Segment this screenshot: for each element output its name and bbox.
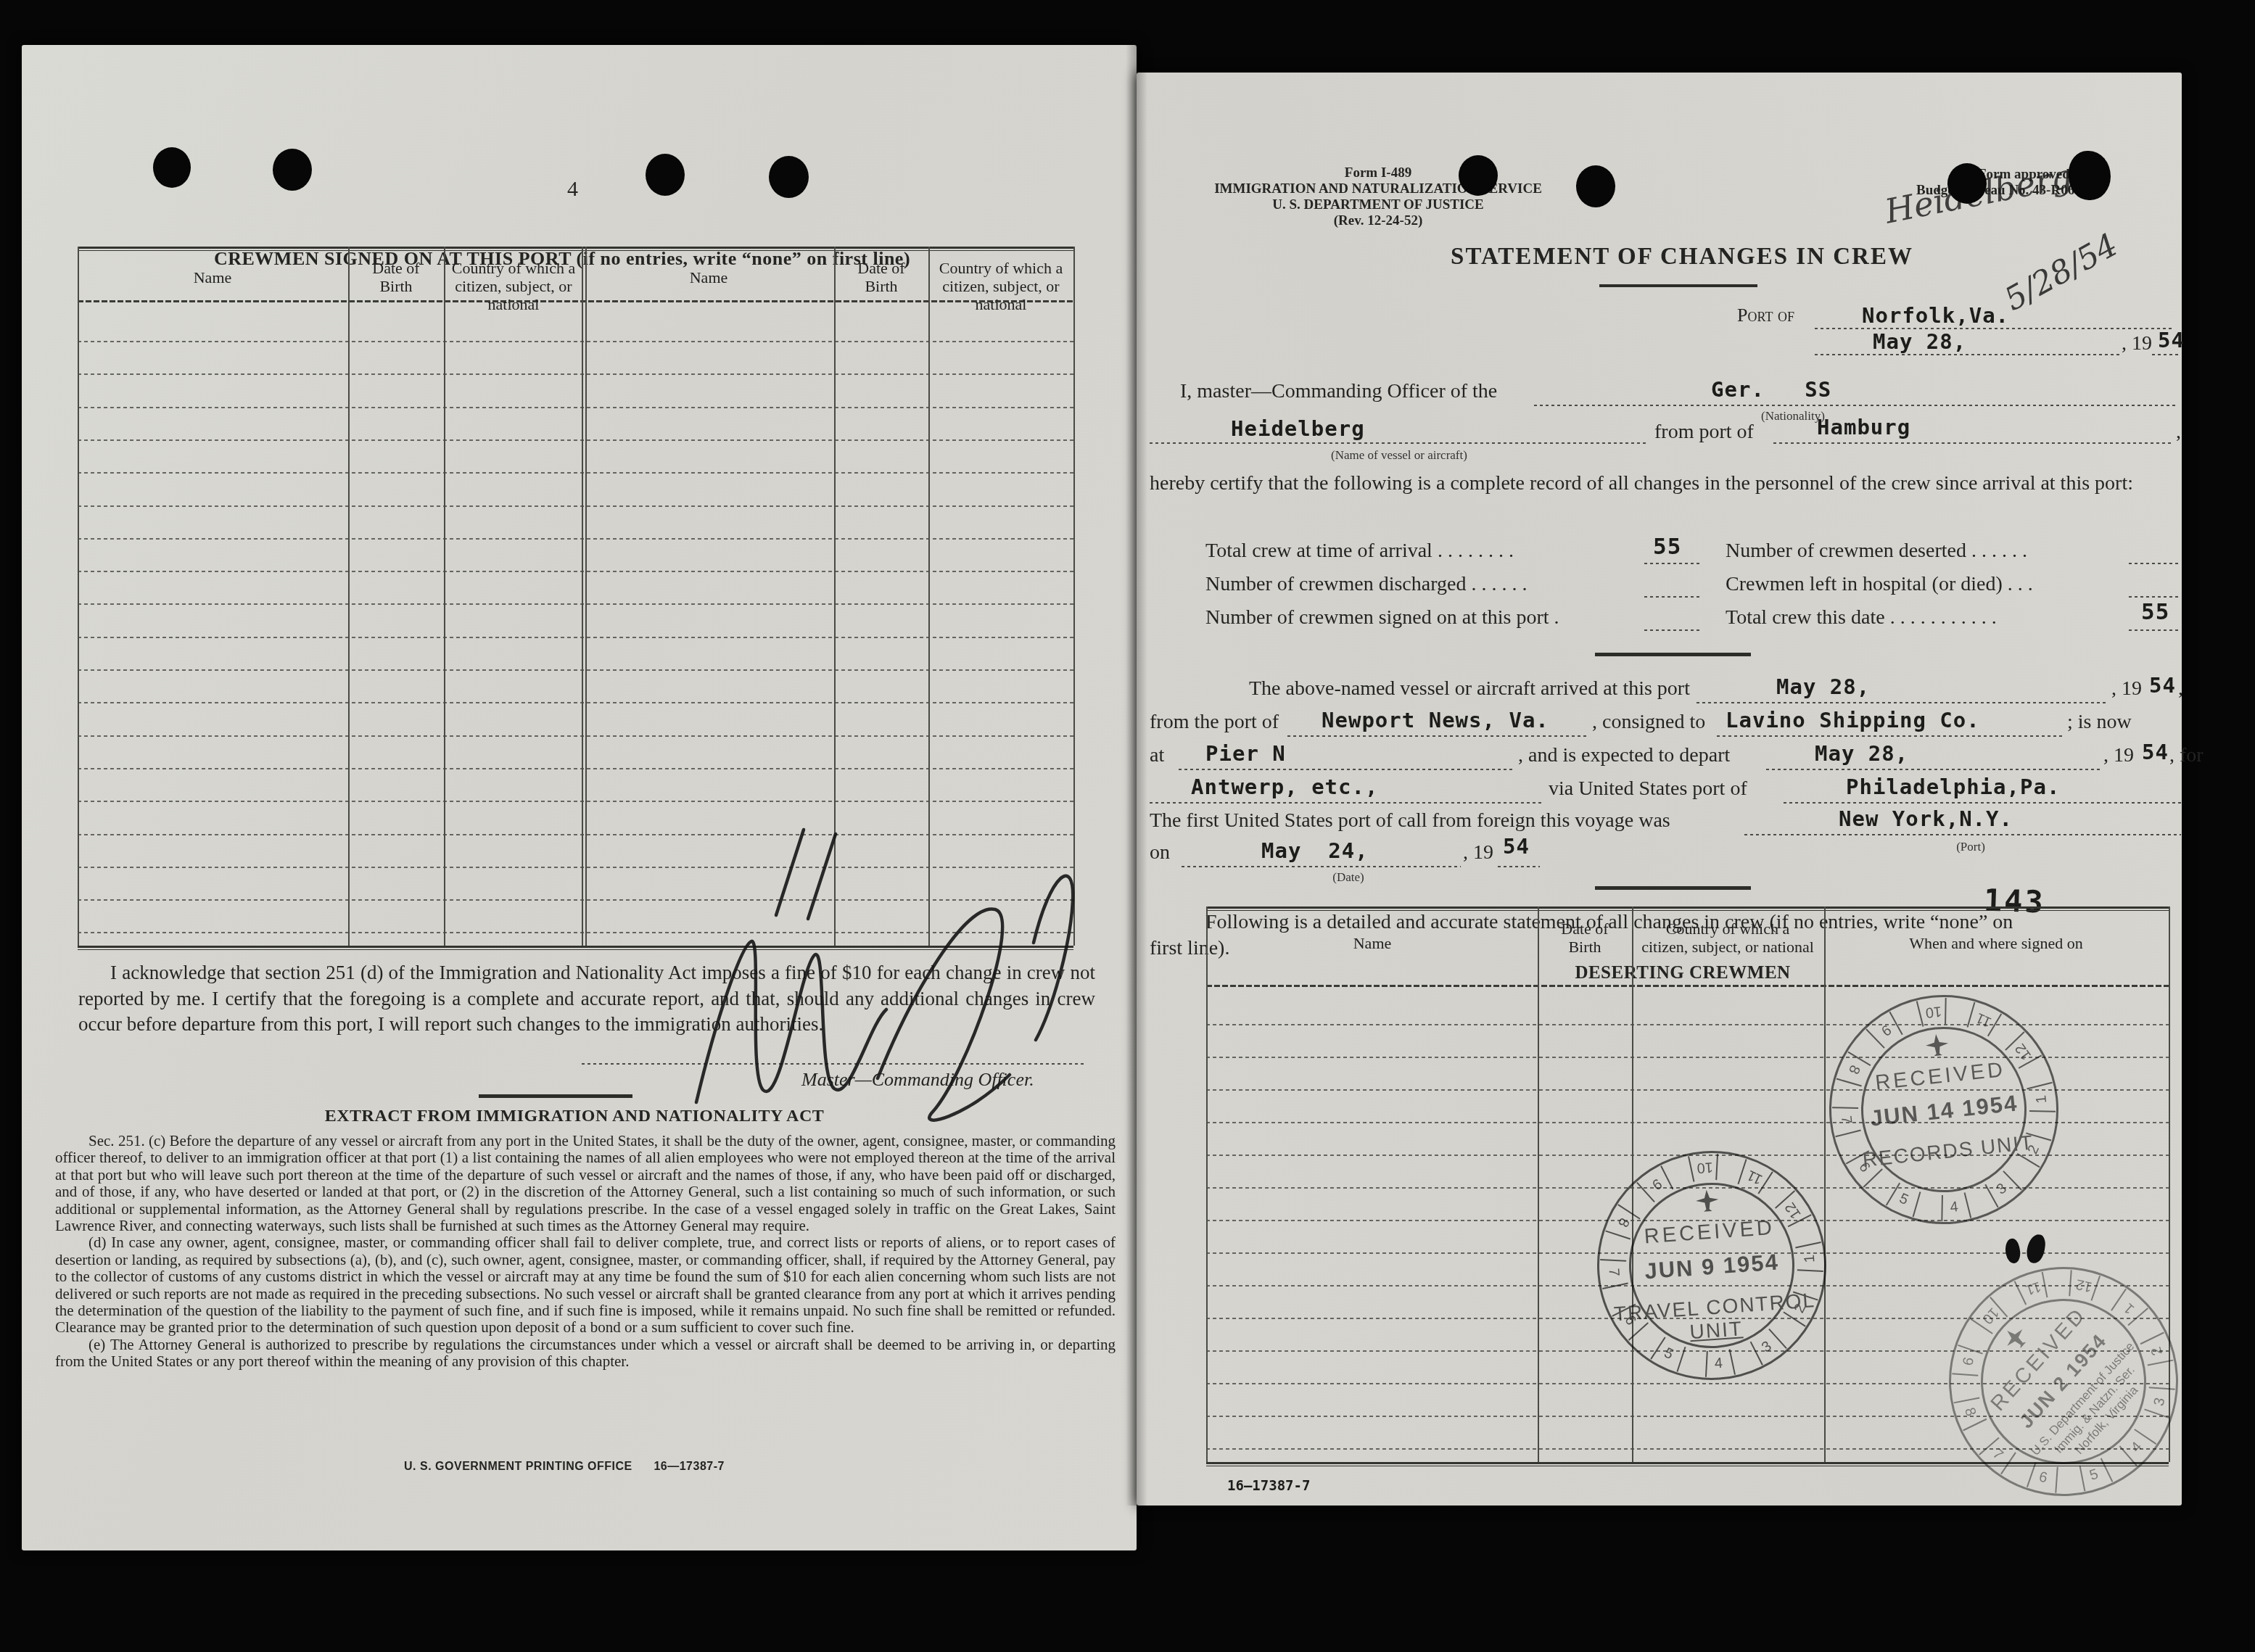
voyage-on-year-blank (1498, 866, 1540, 867)
signature-line (582, 1063, 1086, 1065)
table-column-rule (928, 247, 930, 946)
port-of-value: Norfolk,Va. (1862, 303, 2009, 328)
table-header-rule (1206, 985, 2169, 987)
header-year-prefix: , 19 (2122, 332, 2152, 355)
department-name: U. S. DEPARTMENT OF JUSTICE (1272, 197, 1483, 213)
received-stamp: 101112123456789RECEIVEDJUN 14 1954RECORD… (1818, 983, 2069, 1235)
voyage-on-date: May 24, (1261, 838, 1369, 863)
vessel-name-label: (Name of vessel or aircraft) (1331, 448, 1467, 463)
table-column-header: Country of which a citizen, subject, or … (447, 259, 581, 313)
signature-caption: Master—Commanding Officer. (801, 1069, 1034, 1091)
form-number: Form I-489 (1345, 165, 1411, 181)
table-column-rule (582, 247, 587, 946)
voyage-depart-year: 54 (2142, 740, 2169, 764)
stamp-dial-number: 7 (1604, 1268, 1622, 1277)
voyage-depart-blank (1766, 769, 2101, 770)
table-bottom-rule (78, 946, 1073, 950)
received-stamp: 101112123456789RECEIVEDJUN 2 1954U.S. De… (1902, 1220, 2225, 1543)
punch-hole (1576, 165, 1615, 207)
table-row (78, 407, 1073, 408)
extract-paragraph: (e) The Attorney General is authorized t… (55, 1337, 1116, 1371)
voyage-l5-printed: The first United States port of call fro… (1150, 809, 1670, 833)
stat-hospital-label: Crewmen left in hospital (or died) . . . (1726, 573, 2033, 596)
voyage-l2c-printed: ; is now (2067, 711, 2132, 734)
stat-total-blank (2129, 629, 2180, 631)
stamp-dial-number: 4 (1949, 1199, 1958, 1216)
table-row (1206, 1024, 2169, 1025)
table-row (78, 768, 1073, 769)
table-row (78, 669, 1073, 671)
voyage-l6-printed: on (1150, 841, 1170, 864)
officer-printed: I, master—Commanding Officer of the (1180, 380, 1497, 403)
punch-hole (1459, 155, 1498, 196)
punch-hole (153, 147, 191, 188)
header-year-line (2152, 354, 2181, 355)
section-divider (479, 1094, 632, 1098)
voyage-arrived-date: May 28, (1776, 674, 1870, 699)
table-column-header: Date of Birth (841, 259, 921, 295)
extract-heading: EXTRACT FROM IMMIGRATION AND NATIONALITY… (325, 1107, 825, 1126)
airplane-icon (1694, 1188, 1720, 1214)
stamp-dial-number: 10 (1697, 1158, 1714, 1176)
table-row (78, 439, 1073, 441)
voyage-firstport-value: New York,N.Y. (1839, 806, 2013, 831)
nationality-value: Ger. SS (1711, 377, 1831, 402)
voyage-l2b-printed: , consigned to (1592, 711, 1705, 734)
following-line2: first line). (1150, 937, 1229, 960)
port-of-label: Port of (1737, 305, 1794, 326)
voyage-arrived-blank (1697, 702, 2108, 703)
table-row (78, 932, 1073, 933)
voyage-fromport-value: Newport News, Va. (1322, 708, 1549, 732)
vessel-line-comma: , (2176, 421, 2181, 444)
table-column-rule (1824, 906, 1826, 1462)
stat-arrival-value: 55 (1653, 534, 1681, 560)
title-underline (1599, 284, 1757, 287)
handwritten-date: 5/28/54 (1998, 226, 2124, 318)
punch-hole (273, 149, 312, 191)
voyage-l6-year-prefix: , 19 (1463, 841, 1493, 864)
airplane-icon (1924, 1032, 1950, 1059)
table-border-right (1073, 247, 1075, 946)
stat-discharged-blank (1644, 596, 1702, 598)
table-column-header: Name (104, 268, 321, 286)
section-divider-2 (1595, 653, 1751, 656)
table-row (78, 702, 1073, 703)
extract-paragraphs: Sec. 251. (c) Before the departure of an… (55, 1133, 1116, 1371)
table-row (78, 801, 1073, 802)
extract-paragraph: (d) In case any owner, agent, consignee,… (55, 1234, 1116, 1336)
port-of-line (1815, 328, 2172, 329)
ink-mark (2003, 1237, 2023, 1264)
vessel-name-value: Heidelberg (1231, 416, 1365, 441)
port-caption: (Port) (1956, 840, 1985, 854)
section-divider-3 (1595, 886, 1751, 890)
table-column-rule (444, 247, 445, 946)
table-column-rule (348, 247, 350, 946)
table-row (78, 472, 1073, 474)
voyage-for-blank (1150, 802, 1541, 804)
stat-total-value: 55 (2141, 599, 2169, 625)
header-year-value: 54 (2158, 328, 2185, 352)
form-title: STATEMENT OF CHANGES IN CREW (1451, 244, 1913, 270)
stat-signed-on-blank (1644, 629, 1702, 631)
left-page: 4 CREWMEN SIGNED ON AT THIS PORT (if no … (22, 45, 1137, 1550)
header-date-line (1815, 354, 2119, 355)
stamp-dial-number: 10 (1925, 1002, 1943, 1020)
voyage-l3-year-prefix: , 19 (2103, 744, 2134, 767)
deserting-crewmen-heading: DESERTING CREWMEN (1575, 963, 1790, 983)
stat-total-label: Total crew this date . . . . . . . . . .… (1726, 606, 1997, 629)
stamp-dial-number: 4 (1714, 1355, 1723, 1373)
stat-deserted-blank (2129, 563, 2180, 564)
stamp-dial-number: 12 (2074, 1275, 2094, 1294)
punch-hole (646, 154, 685, 196)
voyage-consigned-blank (1717, 735, 2064, 737)
stat-hospital-blank (2129, 596, 2180, 598)
voyage-at-value: Pier N (1205, 741, 1286, 766)
table-border-left (78, 247, 79, 946)
table-column-rule (1538, 906, 1539, 1462)
voyage-l3d-printed: , for (2169, 744, 2204, 767)
right-page: Form I-489 IMMIGRATION AND NATURALIZATIO… (1137, 73, 2182, 1506)
voyage-l1-printed: The above-named vessel or aircraft arriv… (1249, 677, 1690, 701)
voyage-via-value: Philadelphia,Pa. (1846, 775, 2060, 799)
table-row (78, 571, 1073, 572)
scanned-document: { "left_page": { "page_number": "4", "ti… (0, 0, 2255, 1652)
punch-hole (2069, 151, 2111, 200)
table-column-header: Name (1256, 934, 1488, 952)
from-port-value: Hamburg (1817, 415, 1910, 439)
table-column-header: Date of Birth (356, 259, 436, 295)
table-row (78, 341, 1073, 342)
voyage-for-value: Antwerp, etc., (1191, 775, 1378, 799)
voyage-firstport-blank (1744, 834, 2181, 835)
stamp-unit: UNIT (1689, 1317, 1744, 1344)
voyage-l1-year-prefix: , 19 (2111, 677, 2142, 701)
voyage-arrived-year: 54 (2149, 673, 2176, 698)
voyage-l3-printed: at (1150, 744, 1164, 767)
table-row (78, 899, 1073, 901)
table-border-left (1206, 906, 1208, 1462)
voyage-l1-comma: , (2178, 677, 2183, 701)
left-page-footer: U. S. GOVERNMENT PRINTING OFFICE 16—1738… (404, 1461, 725, 1474)
stat-discharged-label: Number of crewmen discharged . . . . . . (1205, 573, 1527, 596)
table-top-rule (1206, 906, 2169, 911)
table-column-header: Date of Birth (1545, 920, 1625, 956)
stat-signed-on-label: Number of crewmen signed on at this port… (1205, 606, 1559, 629)
voyage-on-year: 54 (1503, 834, 1530, 859)
form-revision: (Rev. 12-24-52) (1334, 213, 1422, 229)
date-caption: (Date) (1332, 870, 1364, 885)
voyage-l2-printed: from the port of (1150, 711, 1279, 734)
table-column-header: Country of which a citizen, subject, or … (931, 259, 1071, 313)
acknowledgment-paragraph: I acknowledge that section 251 (d) of th… (78, 960, 1095, 1038)
stat-deserted-label: Number of crewmen deserted . . . . . . (1726, 540, 2027, 563)
ink-mark (2025, 1234, 2046, 1265)
voyage-on-blank (1182, 866, 1461, 867)
table-top-rule (78, 247, 1073, 251)
stamp-dial-number: 1 (1802, 1254, 1819, 1263)
certify-paragraph: hereby certify that the following is a c… (1150, 470, 2182, 497)
table-row (78, 834, 1073, 835)
table-row (78, 867, 1073, 868)
voyage-depart-date: May 28, (1815, 741, 1908, 766)
nationality-label: (Nationality) (1761, 409, 1825, 424)
table-row (78, 538, 1073, 540)
header-date-value: May 28, (1873, 329, 1966, 354)
voyage-consigned-value: Lavino Shipping Co. (1726, 708, 1980, 732)
table-row (78, 603, 1073, 605)
page-number: 4 (567, 177, 578, 202)
table-row (78, 373, 1073, 375)
stat-arrival-label: Total crew at time of arrival . . . . . … (1205, 540, 1514, 563)
officer-blank (1534, 405, 2178, 406)
table-row (78, 637, 1073, 638)
voyage-fromport-blank (1287, 735, 1588, 737)
punch-hole (1947, 163, 1987, 204)
from-port-printed: from port of (1654, 421, 1754, 444)
table-column-header: Name (600, 268, 817, 286)
punch-hole (769, 156, 809, 198)
voyage-via-blank (1784, 802, 2181, 804)
voyage-at-blank (1179, 769, 1514, 770)
voyage-l4-printed: via United States port of (1549, 777, 1747, 801)
vessel-blank (1150, 442, 1649, 444)
from-port-blank (1773, 442, 2174, 444)
table-column-header: Country of which a citizen, subject, or … (1641, 920, 1815, 956)
stamp-dial-number: 1 (2033, 1094, 2050, 1104)
stat-arrival-blank (1644, 563, 1702, 564)
table-row (78, 505, 1073, 507)
extract-paragraph: Sec. 251. (c) Before the departure of an… (55, 1133, 1116, 1234)
voyage-l3b-printed: , and is expected to depart (1518, 744, 1730, 767)
table-column-header: When and where signed on (1844, 934, 2148, 952)
stamp-dial-number: 7 (1837, 1115, 1855, 1124)
table-column-rule (834, 247, 836, 946)
table-row (78, 735, 1073, 737)
right-page-footer: 16—17387-7 (1227, 1478, 1310, 1494)
